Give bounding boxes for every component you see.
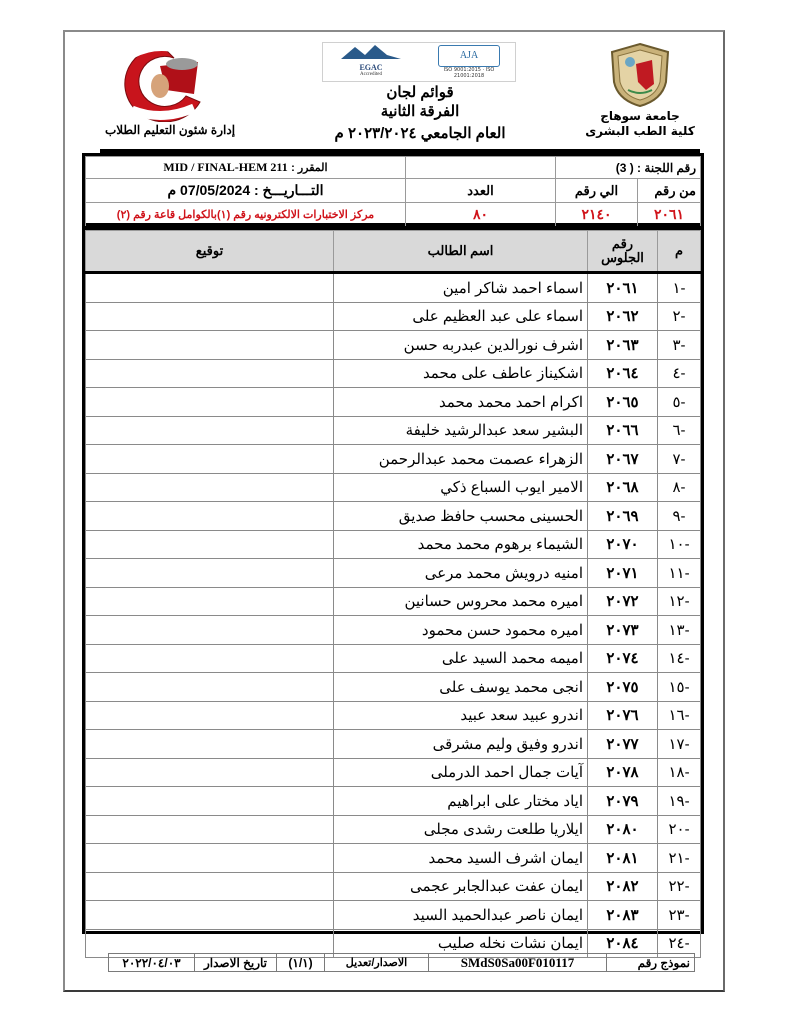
- seat-number: ٢٠٧٣: [588, 616, 658, 645]
- signature-cell[interactable]: [86, 815, 334, 844]
- row-index: -١٢: [658, 587, 701, 616]
- row-index: -٧: [658, 445, 701, 474]
- signature-cell[interactable]: [86, 787, 334, 816]
- seat-number: ٢٠٦٢: [588, 302, 658, 331]
- table-row: -٢٢٠٦٢اسماء على عبد العظيم على: [86, 302, 701, 331]
- signature-cell[interactable]: [86, 673, 334, 702]
- table-row: -١٣٢٠٧٣اميره محمود حسن محمود: [86, 616, 701, 645]
- date-label: التـــاريـــخ :: [254, 182, 324, 198]
- seat-number: ٢٠٦١: [588, 273, 658, 303]
- to-value: ٢١٤٠: [555, 203, 637, 227]
- seat-number: ٢٠٧١: [588, 559, 658, 588]
- signature-cell[interactable]: [86, 730, 334, 759]
- table-row: -١٢٠٦١اسماء احمد شاكر امين: [86, 273, 701, 303]
- signature-cell[interactable]: [86, 901, 334, 930]
- row-index: -٢٣: [658, 901, 701, 930]
- seat-number: ٢٠٦٦: [588, 416, 658, 445]
- student-name: الامير ايوب السباع ذكي: [334, 473, 588, 502]
- from-label: من رقم: [638, 179, 701, 203]
- seat-number: ٢٠٦٣: [588, 331, 658, 360]
- table-row: -١١٢٠٧١امنيه درويش محمد مرعى: [86, 559, 701, 588]
- issue-date-label: تاريخ الاصدار: [195, 954, 277, 972]
- egac-subtitle: Accredited: [327, 72, 415, 78]
- table-row: -٢٠٢٠٨٠ايلاريا طلعت رشدى مجلى: [86, 815, 701, 844]
- signature-cell[interactable]: [86, 302, 334, 331]
- seat-number: ٢٠٧٨: [588, 758, 658, 787]
- student-name: اميمه محمد السيد على: [334, 644, 588, 673]
- student-name: اشكيناز عاطف على محمد: [334, 359, 588, 388]
- row-index: -١٨: [658, 758, 701, 787]
- row-index: -٥: [658, 388, 701, 417]
- row-index: -٢١: [658, 844, 701, 873]
- department-caption: إدارة شئون التعليم الطلاب: [100, 123, 240, 137]
- row-index: -١٠: [658, 530, 701, 559]
- row-index: -١٦: [658, 701, 701, 730]
- signature-cell[interactable]: [86, 616, 334, 645]
- seat-number: ٢٠٦٥: [588, 388, 658, 417]
- student-name: اكرام احمد محمد محمد: [334, 388, 588, 417]
- student-name: اشرف نورالدين عبدربه حسن: [334, 331, 588, 360]
- signature-cell[interactable]: [86, 758, 334, 787]
- seat-number: ٢٠٦٩: [588, 502, 658, 531]
- table-row: -٦٢٠٦٦البشير سعد عبدالرشيد خليفة: [86, 416, 701, 445]
- course-label: المقرر :: [291, 162, 327, 174]
- table-row: -١٠٢٠٧٠الشيماء برهوم محمد محمد: [86, 530, 701, 559]
- student-name: اميره محمود حسن محمود: [334, 616, 588, 645]
- student-name: البشير سعد عبدالرشيد خليفة: [334, 416, 588, 445]
- row-index: -٤: [658, 359, 701, 388]
- course-value: MID / FINAL-HEM 211: [163, 160, 287, 174]
- student-name: ايمان اشرف السيد محمد: [334, 844, 588, 873]
- table-row: -٣٢٠٦٣اشرف نورالدين عبدربه حسن: [86, 331, 701, 360]
- form-footer: نموذج رقم SMdS0Sa00F010117 الاصدار/تعديل…: [108, 953, 695, 972]
- university-crest-logo: [606, 42, 674, 108]
- seat-number: ٢٠٦٧: [588, 445, 658, 474]
- egac-badge: EGAC Accredited: [327, 45, 415, 79]
- student-name: ايمان عفت عبدالجابر عجمى: [334, 872, 588, 901]
- student-name: الحسينى محسب حافظ صديق: [334, 502, 588, 531]
- row-index: -١١: [658, 559, 701, 588]
- student-name: آيات جمال احمد الدرملى: [334, 758, 588, 787]
- exam-location: مركز الاختبارات الالكترونيه رقم (١)بالكو…: [86, 203, 406, 227]
- university-name: جامعة سوهاج: [580, 109, 700, 124]
- student-name: اندرو وفيق وليم مشرقى: [334, 730, 588, 759]
- table-row: -٥٢٠٦٥اكرام احمد محمد محمد: [86, 388, 701, 417]
- empty-cell: [405, 157, 555, 179]
- seat-number: ٢٠٧٥: [588, 673, 658, 702]
- signature-cell[interactable]: [86, 701, 334, 730]
- course-cell: المقرر : MID / FINAL-HEM 211: [86, 157, 406, 179]
- student-name: اندرو عبيد سعد عبيد: [334, 701, 588, 730]
- seat-number: ٢٠٧٠: [588, 530, 658, 559]
- faculty-logo: [102, 40, 222, 122]
- accreditation-badges: EGAC Accredited AJA ISO 9001:2015 · ISO …: [322, 42, 516, 82]
- doc-subtitle-year: الفرقة الثانية: [320, 102, 520, 120]
- student-name: الزهراء عصمت محمد عبدالرحمن: [334, 445, 588, 474]
- table-row: -٢١٢٠٨١ايمان اشرف السيد محمد: [86, 844, 701, 873]
- count-value: ٨٠: [405, 203, 555, 227]
- row-index: -١٥: [658, 673, 701, 702]
- committee-info-table: رقم اللجنة : ( 3) المقرر : MID / FINAL-H…: [82, 153, 704, 226]
- signature-cell[interactable]: [86, 388, 334, 417]
- table-row: -٨٢٠٦٨الامير ايوب السباع ذكي: [86, 473, 701, 502]
- table-row: -١٩٢٠٧٩اياد مختار على ابراهيم: [86, 787, 701, 816]
- seat-number: ٢٠٧٤: [588, 644, 658, 673]
- date-value: 07/05/2024 م: [167, 182, 250, 198]
- committee-number: رقم اللجنة : ( 3): [555, 157, 700, 179]
- table-row: -١٨٢٠٧٨آيات جمال احمد الدرملى: [86, 758, 701, 787]
- seat-number: ٢٠٧٩: [588, 787, 658, 816]
- row-index: -٨: [658, 473, 701, 502]
- signature-cell[interactable]: [86, 872, 334, 901]
- aja-lines: ISO 9001:2015 · ISO 21001:2018: [429, 67, 509, 79]
- student-name: ايلاريا طلعت رشدى مجلى: [334, 815, 588, 844]
- row-index: -٢٢: [658, 872, 701, 901]
- seat-number: ٢٠٨٣: [588, 901, 658, 930]
- signature-cell[interactable]: [86, 644, 334, 673]
- table-row: -١٦٢٠٧٦اندرو عبيد سعد عبيد: [86, 701, 701, 730]
- col-header-name: اسم الطالب: [334, 231, 588, 273]
- signature-cell[interactable]: [86, 587, 334, 616]
- signature-cell[interactable]: [86, 445, 334, 474]
- table-row: -١٧٢٠٧٧اندرو وفيق وليم مشرقى: [86, 730, 701, 759]
- seat-number: ٢٠٧٦: [588, 701, 658, 730]
- student-name: اياد مختار على ابراهيم: [334, 787, 588, 816]
- table-row: -١٤٢٠٧٤اميمه محمد السيد على: [86, 644, 701, 673]
- row-index: -١٤: [658, 644, 701, 673]
- seat-number: ٢٠٦٤: [588, 359, 658, 388]
- university-caption: جامعة سوهاج كلية الطب البشرى: [580, 109, 700, 139]
- seat-number: ٢٠٨٢: [588, 872, 658, 901]
- signature-cell[interactable]: [86, 502, 334, 531]
- count-label: العدد: [405, 179, 555, 203]
- row-index: -٢: [658, 302, 701, 331]
- table-row: -٤٢٠٦٤اشكيناز عاطف على محمد: [86, 359, 701, 388]
- aja-title: AJA: [438, 45, 500, 67]
- form-number-label: نموذج رقم: [607, 954, 695, 972]
- version-value: (١/١): [277, 954, 325, 972]
- to-label: الي رقم: [555, 179, 637, 203]
- row-index: -١٧: [658, 730, 701, 759]
- col-header-seat: رقم الجلوس: [588, 231, 658, 273]
- table-row: -٧٢٠٦٧الزهراء عصمت محمد عبدالرحمن: [86, 445, 701, 474]
- from-value: ٢٠٦١: [638, 203, 701, 227]
- student-name: الشيماء برهوم محمد محمد: [334, 530, 588, 559]
- signature-cell[interactable]: [86, 359, 334, 388]
- signature-cell[interactable]: [86, 559, 334, 588]
- faculty-name: كلية الطب البشرى: [580, 124, 700, 139]
- issue-date-value: ٢٠٢٢/٠٤/٠٣: [109, 954, 195, 972]
- table-row: -١٥٢٠٧٥انجى محمد يوسف على: [86, 673, 701, 702]
- student-name: امنيه درويش محمد مرعى: [334, 559, 588, 588]
- student-list-table: م رقم الجلوس اسم الطالب توقيع -١٢٠٦١اسما…: [82, 226, 704, 934]
- table-row: -٢٣٢٠٨٣ايمان ناصر عبدالحميد السيد: [86, 901, 701, 930]
- student-name: اسماء احمد شاكر امين: [334, 273, 588, 303]
- signature-cell[interactable]: [86, 530, 334, 559]
- student-name: انجى محمد يوسف على: [334, 673, 588, 702]
- seat-number: ٢٠٧٢: [588, 587, 658, 616]
- row-index: -٣: [658, 331, 701, 360]
- student-name: اسماء على عبد العظيم على: [334, 302, 588, 331]
- date-cell: التـــاريـــخ : 07/05/2024 م: [86, 179, 406, 203]
- seat-number: ٢٠٧٧: [588, 730, 658, 759]
- table-row: -١٢٢٠٧٢اميره محمد محروس حسانين: [86, 587, 701, 616]
- seat-number: ٢٠٦٨: [588, 473, 658, 502]
- seat-number: ٢٠٨٠: [588, 815, 658, 844]
- row-index: -١٣: [658, 616, 701, 645]
- col-header-index: م: [658, 231, 701, 273]
- signature-cell[interactable]: [86, 331, 334, 360]
- egac-title: EGAC: [327, 64, 415, 72]
- seat-number: ٢٠٨١: [588, 844, 658, 873]
- col-header-signature: توقيع: [86, 231, 334, 273]
- table-row: -٢٢٢٠٨٢ايمان عفت عبدالجابر عجمى: [86, 872, 701, 901]
- row-index: -٦: [658, 416, 701, 445]
- signature-cell[interactable]: [86, 473, 334, 502]
- academic-year: العام الجامعي ٢٠٢٣/٢٠٢٤ م: [300, 124, 540, 142]
- signature-cell[interactable]: [86, 416, 334, 445]
- row-index: -١: [658, 273, 701, 303]
- student-name: ايمان ناصر عبدالحميد السيد: [334, 901, 588, 930]
- row-index: -٩: [658, 502, 701, 531]
- version-label: الاصدار/تعديل: [325, 954, 429, 972]
- table-row: -٩٢٠٦٩الحسينى محسب حافظ صديق: [86, 502, 701, 531]
- row-index: -٢٠: [658, 815, 701, 844]
- signature-cell[interactable]: [86, 844, 334, 873]
- row-index: -١٩: [658, 787, 701, 816]
- doc-title: قوائم لجان: [320, 83, 520, 101]
- form-number-value: SMdS0Sa00F010117: [429, 954, 607, 972]
- signature-cell[interactable]: [86, 273, 334, 303]
- aja-badge: AJA ISO 9001:2015 · ISO 21001:2018: [429, 45, 509, 79]
- student-name: اميره محمد محروس حسانين: [334, 587, 588, 616]
